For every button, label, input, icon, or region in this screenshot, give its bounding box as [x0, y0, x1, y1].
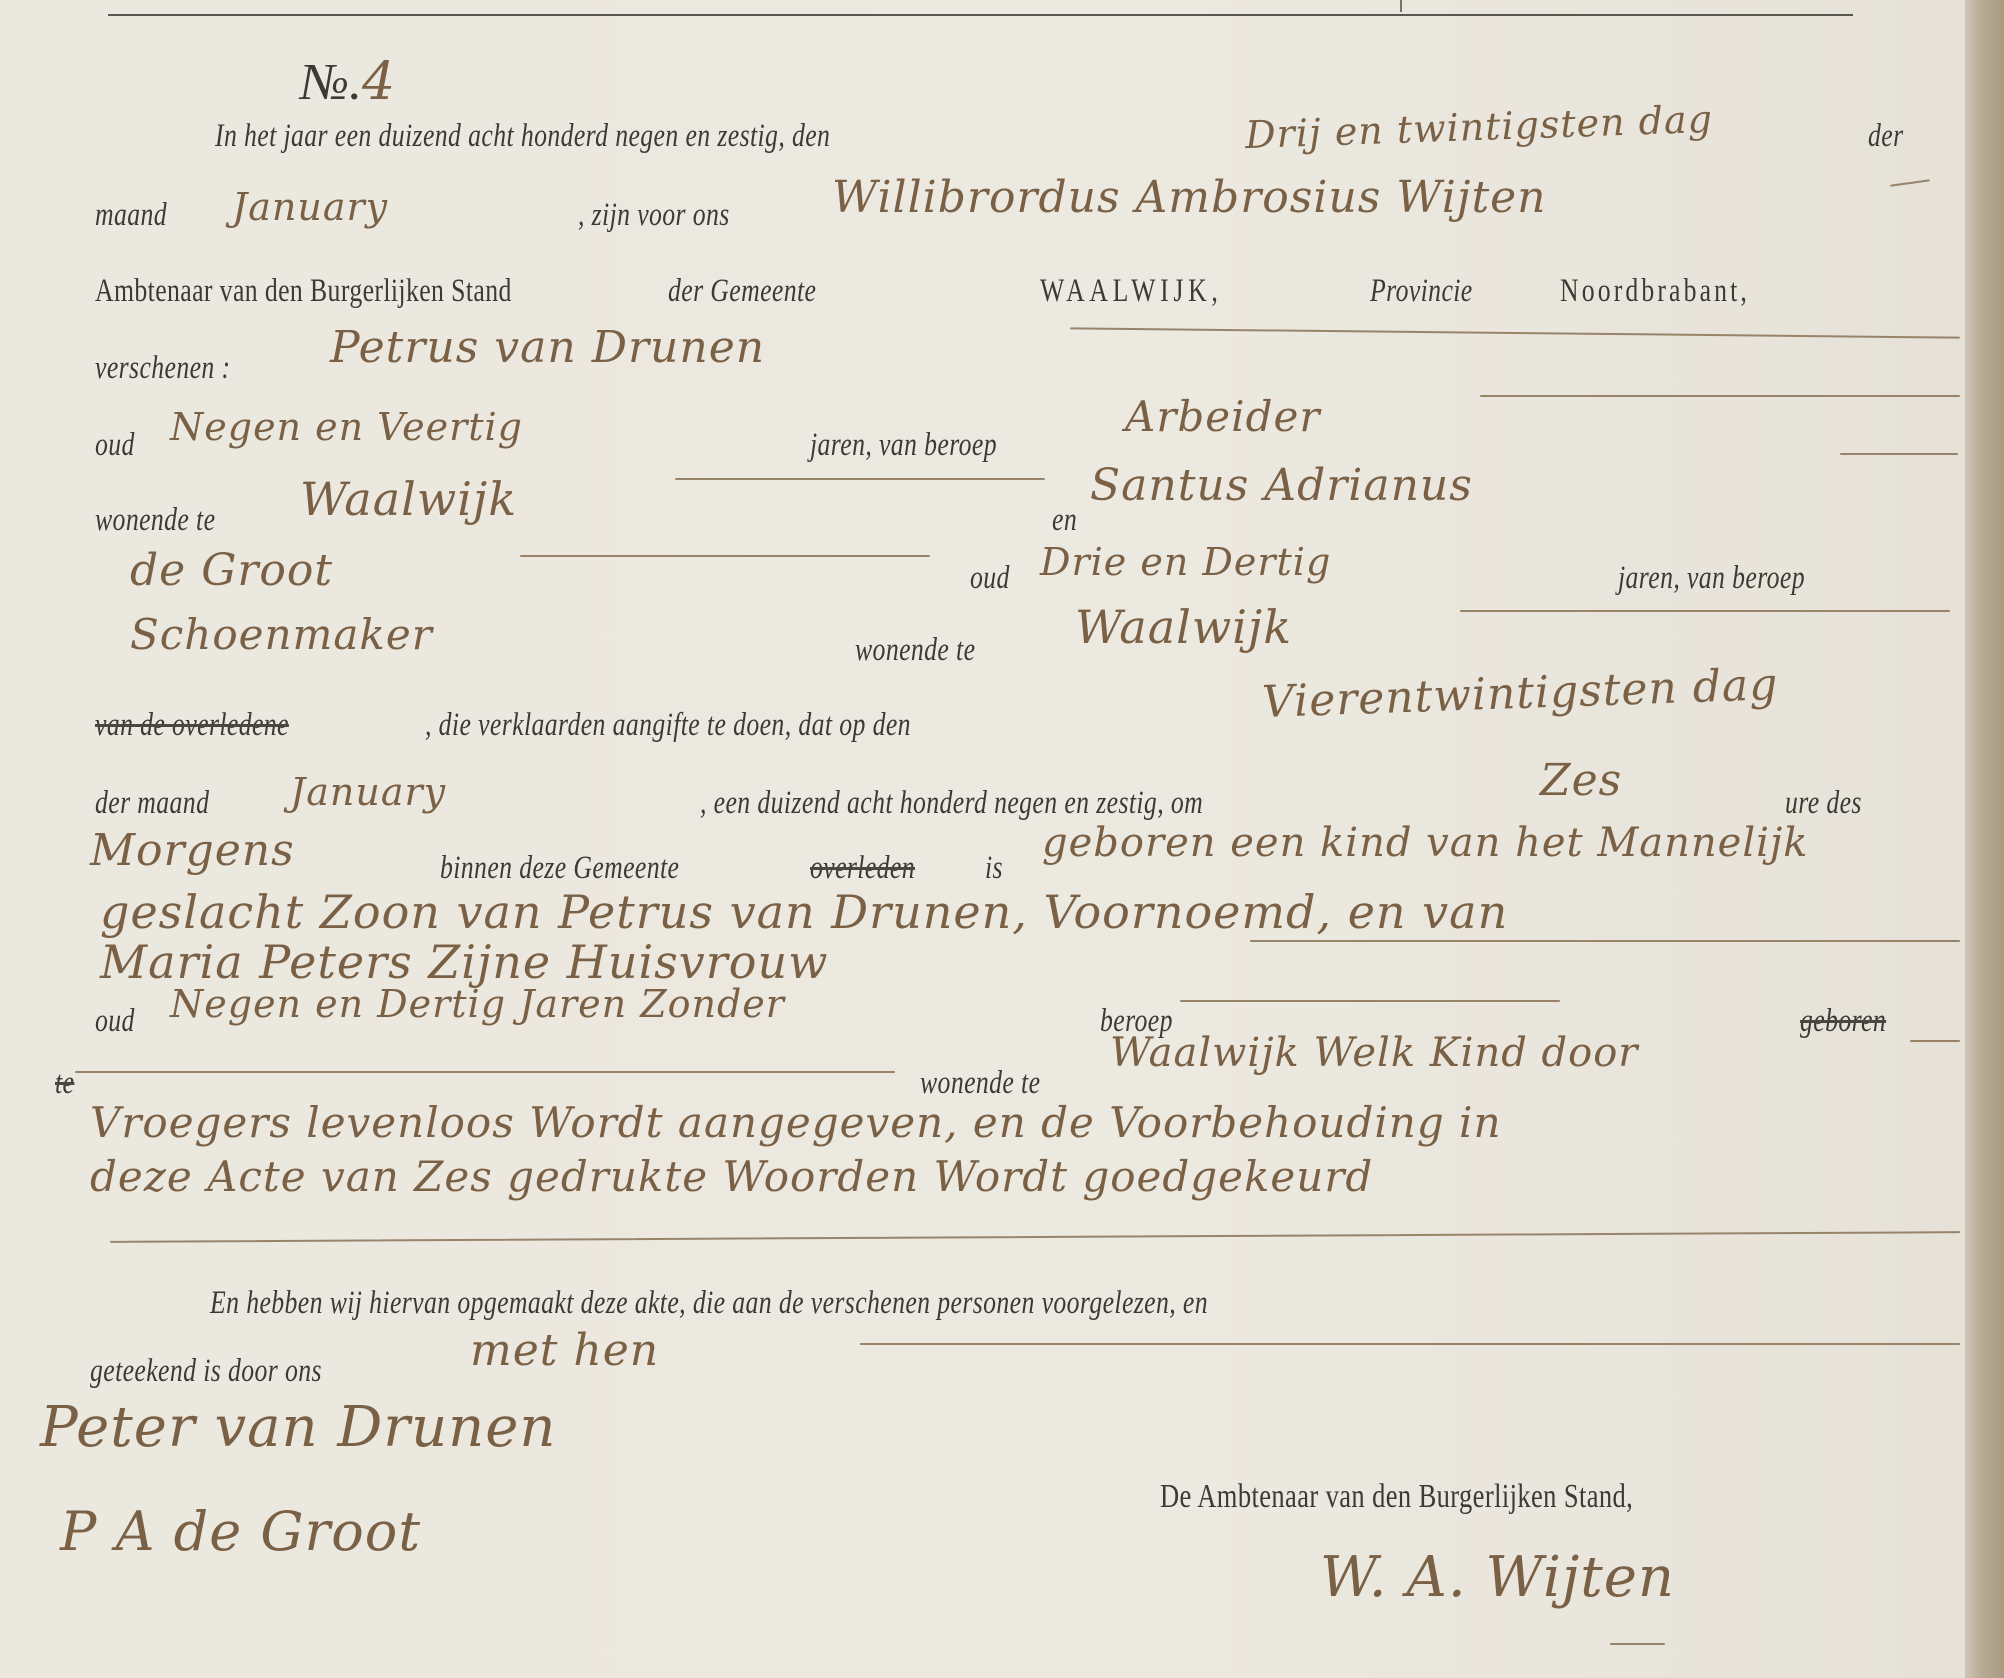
line10-hw-month: January [290, 770, 446, 814]
line7-hw-surname: de Groot [130, 545, 333, 596]
fill-rule [1910, 1040, 1960, 1042]
line2-zijn-voor-ons: , zijn voor ons [578, 197, 730, 234]
line2-hw-official: Willibrordus Ambrosius Wijten [832, 172, 1547, 223]
line10-der-maand: der maand [95, 785, 209, 822]
line5-oud: oud [95, 427, 135, 464]
fill-rule [1180, 1000, 1560, 1002]
line5-hw-age: Negen en Veertig [170, 405, 523, 449]
line6-en: en [1052, 502, 1077, 539]
line3-provincie: Provincie [1370, 273, 1473, 310]
line11-binnen-gemeente: binnen deze Gemeente [440, 850, 679, 887]
number-label: №. [300, 54, 362, 111]
line10-year: , een duizend acht honderd negen en zest… [700, 785, 1203, 822]
line2-maand: maand [95, 197, 167, 234]
fill-rule [675, 478, 1045, 480]
fill-rule [1840, 453, 1958, 455]
line1-der: der [1868, 118, 1903, 155]
line4-hw-witness1: Petrus van Drunen [330, 322, 765, 373]
fill-rule [110, 1231, 1960, 1243]
line18-closing: En hebben wij hiervan opgemaakt deze akt… [210, 1285, 1208, 1322]
line19-hw-met-hen: met hen [470, 1325, 659, 1376]
line8-wonende-te: wonende te [855, 632, 975, 669]
line14-hw-mother-age: Negen en Dertig Jaren Zonder [170, 982, 785, 1026]
line6-wonende-te: wonende te [95, 502, 215, 539]
province: Noordbrabant, [1560, 273, 1750, 310]
line13-hw-mother: Maria Peters Zijne Huisvrouw [100, 935, 828, 989]
line14-struck-geboren: geboren [1800, 1003, 1886, 1040]
line17-hw-approval: deze Acte van Zes gedrukte Woorden Wordt… [90, 1152, 1373, 1201]
line6-hw-witness2: Santus Adrianus [1090, 460, 1473, 511]
fill-rule [1250, 940, 1960, 942]
official-signature: W. A. Wijten [1320, 1545, 1675, 1610]
line3-der-gemeente: der Gemeente [668, 273, 816, 310]
line14-oud: oud [95, 1003, 135, 1040]
line15-wonende-te: wonende te [920, 1065, 1040, 1102]
line1-print: In het jaar een duizend acht honderd neg… [215, 118, 830, 155]
line16-hw-stillborn: Vroegers levenloos Wordt aangegeven, en … [90, 1098, 1502, 1147]
signature-flourish [1610, 1643, 1665, 1645]
fill-rule [1480, 395, 1960, 397]
official-label: De Ambtenaar van den Burgerlijken Stand, [1160, 1478, 1633, 1516]
line9-struck-overledene: van de overledene [95, 707, 289, 744]
line2-hw-month: January [232, 185, 388, 229]
line7-jaren-beroep: jaren, van beroep [1618, 560, 1805, 597]
top-rule [108, 14, 1853, 16]
line4-verschenen: verschenen : [95, 350, 230, 387]
line7-hw-age: Drie en Dertig [1040, 540, 1331, 584]
line8-hw-occupation: Schoenmaker [130, 610, 433, 659]
line7-oud: oud [970, 560, 1010, 597]
record-page: №.4 In het jaar een duizend acht honderd… [0, 0, 1965, 1678]
line1-hw-day: Drij en twintigsten dag [1244, 97, 1713, 157]
municipality: WAALWIJK, [1040, 273, 1222, 310]
line8-hw-place: Waalwijk [1075, 600, 1292, 654]
line11-hw-morning: Morgens [90, 825, 295, 876]
number-value: 4 [362, 52, 395, 112]
fill-rule [860, 1343, 1960, 1345]
line9-hw-day: Vierentwintigsten dag [1261, 659, 1779, 728]
line6-hw-place: Waalwijk [300, 472, 517, 526]
line11-is: is [985, 850, 1003, 887]
line5-hw-occupation: Arbeider [1125, 392, 1320, 441]
line11-hw-born: geboren een kind van het Mannelijk [1042, 820, 1809, 866]
fill-rule [1460, 610, 1950, 612]
fill-rule [1890, 179, 1930, 187]
fill-rule [75, 1071, 895, 1073]
line10-hw-hour: Zes [1540, 755, 1622, 806]
line3-ambtenaar: Ambtenaar van den Burgerlijken Stand [95, 273, 512, 310]
column-tick [1400, 0, 1402, 12]
line15-hw-place: Waalwijk Welk Kind door [1110, 1030, 1638, 1076]
fill-rule [1070, 327, 1960, 338]
line5-jaren-beroep: jaren, van beroep [810, 427, 997, 464]
line11-struck-overleden: overleden [810, 850, 915, 887]
line19-geteekend: geteekend is door ons [90, 1353, 322, 1390]
fill-rule [520, 555, 930, 557]
record-number: №.4 [300, 52, 395, 112]
line15-struck-te: te [55, 1065, 74, 1102]
signature-witness: P A de Groot [60, 1500, 421, 1563]
line10-ure-des: ure des [1785, 785, 1862, 822]
book-binding-edge [1965, 0, 2004, 1678]
line12-hw-son: geslacht Zoon van Petrus van Drunen, Voo… [100, 885, 1508, 939]
signature-father: Peter van Drunen [40, 1395, 556, 1460]
line9-verklaarden: , die verklaarden aangifte te doen, dat … [425, 707, 911, 744]
